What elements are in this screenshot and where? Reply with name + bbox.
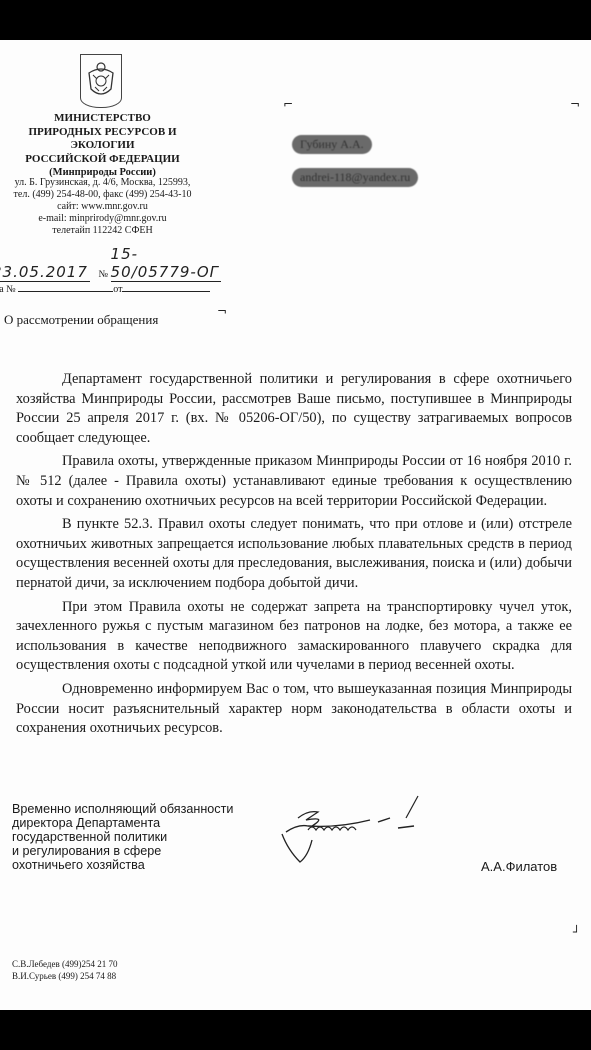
address: ул. Б. Грузинская, д. 4/6, Москва, 12599… — [0, 177, 205, 189]
body-paragraph: Департамент государственной политики и р… — [16, 370, 572, 448]
body-paragraph: Одновременно информируем Вас о том, что … — [16, 680, 572, 739]
phone-fax: тел. (499) 254-48-00, факс (499) 254-43-… — [0, 189, 205, 201]
body-paragraph: В пункте 52.3. Правил охоты следует пони… — [16, 515, 572, 593]
letter-page: МИНИСТЕРСТВО ПРИРОДНЫХ РЕСУРСОВ И ЭКОЛОГ… — [0, 40, 591, 1010]
date-number-block: 23.05.2017 № 15-50/05779-ОГ На № от — [0, 245, 300, 295]
teletype: телетайп 112242 СФЕН — [0, 225, 205, 237]
title-line: директора Департамента — [12, 816, 233, 830]
title-line: охотничьего хозяйства — [12, 858, 233, 872]
title-line: государственной политики — [12, 830, 233, 844]
org-line: МИНИСТЕРСТВО — [0, 112, 205, 126]
letter-number: 15-50/05779-ОГ — [111, 245, 221, 282]
ref-number-blank — [18, 291, 113, 292]
recipient-email-redacted: andrei-118@yandex.ru — [292, 168, 418, 187]
ref-date-blank — [122, 291, 210, 292]
bracket-mark: ¬ — [217, 304, 227, 318]
recipient-name-redacted: Губину А.А. — [292, 135, 372, 154]
signatory-title: Временно исполняющий обязанности директо… — [12, 802, 233, 872]
website: сайт: www.mnr.gov.ru — [0, 201, 205, 213]
coat-of-arms-icon — [80, 54, 122, 108]
ref-label: На № — [0, 284, 16, 295]
body-paragraph: Правила охоты, утвержденные приказом Мин… — [16, 452, 572, 511]
subject-line: О рассмотрении обращения — [4, 312, 158, 328]
bracket-mark: ¬ — [570, 97, 580, 111]
executors-block: С.В.Лебедев (499)254 21 70 В.И.Сурьев (4… — [12, 958, 117, 982]
number-label: № — [99, 269, 109, 280]
ministry-name: МИНИСТЕРСТВО ПРИРОДНЫХ РЕСУРСОВ И ЭКОЛОГ… — [0, 112, 205, 180]
org-line: ПРИРОДНЫХ РЕСУРСОВ И ЭКОЛОГИИ — [0, 126, 205, 153]
title-line: и регулирования в сфере — [12, 844, 233, 858]
executor-contact: В.И.Сурьев (499) 254 74 88 — [12, 970, 117, 982]
title-line: Временно исполняющий обязанности — [12, 802, 233, 816]
signatory-name: А.А.Филатов — [481, 859, 557, 874]
letter-body: Департамент государственной политики и р… — [16, 370, 572, 739]
ministry-contacts: ул. Б. Грузинская, д. 4/6, Москва, 12599… — [0, 177, 205, 237]
handwritten-signature-icon — [278, 790, 428, 880]
email: e-mail: minprirody@mnr.gov.ru — [0, 213, 205, 225]
bracket-mark: ⌐ — [283, 97, 293, 111]
executor-contact: С.В.Лебедев (499)254 21 70 — [12, 958, 117, 970]
body-paragraph: При этом Правила охоты не содержат запре… — [16, 598, 572, 676]
from-label: от — [113, 284, 122, 295]
letter-date: 23.05.2017 — [0, 263, 90, 282]
org-line: РОССИЙСКОЙ ФЕДЕРАЦИИ — [0, 153, 205, 167]
bracket-mark: ┘ — [573, 925, 580, 939]
